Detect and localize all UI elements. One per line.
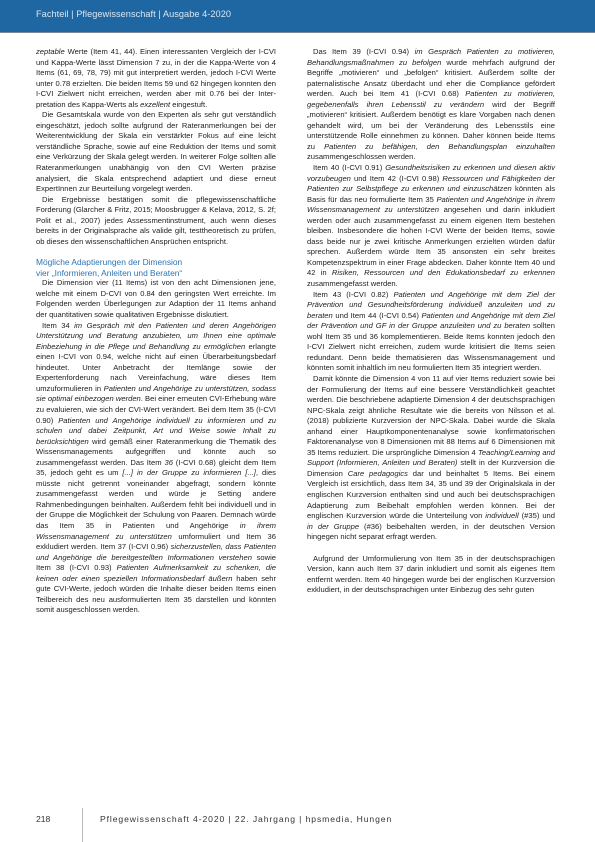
italic-term: zeptable	[36, 47, 65, 56]
paragraph: Damit könnte die Dimension 4 von 11 auf …	[307, 374, 555, 543]
left-column: zeptable Werte (Item 41, 44). Einen inte…	[36, 47, 276, 616]
paragraph: Item 34 im Gespräch mit den Patienten un…	[36, 321, 276, 616]
paragraph: Aufgrund der Umformulierung von Item 35 …	[307, 554, 555, 596]
right-column: Das Item 39 (I-CVI 0.94) im Gespräch Pat…	[307, 47, 555, 596]
running-header: Fachteil | Pflegewissenschaft | Ausgabe …	[0, 0, 595, 33]
italic-quote: in der Gruppe	[307, 522, 359, 531]
text-run: (#35) und	[519, 511, 555, 520]
italic-term: exzellent	[140, 100, 170, 109]
italic-quote: individuell	[485, 511, 518, 520]
heading-line: Mögliche Adaptierungen der Dimension	[36, 257, 182, 267]
text-run: Das Item 39 (I-CVI 0.94)	[313, 47, 415, 56]
italic-quote: Patienten zu befähigen, den Behandlungsp…	[324, 142, 555, 151]
paragraph: Item 43 (I-CVI 0.82) Patienten und Angeh…	[307, 290, 555, 374]
paragraph: Item 40 (I-CVI 0.91) Gesundheitsrisiken …	[307, 163, 555, 290]
text-run: Damit könnte die Dimension 4 von 11 auf …	[307, 374, 555, 457]
italic-quote: 36	[164, 458, 172, 467]
section-heading: Mögliche Adaptierungen der Dimensionvier…	[36, 257, 276, 278]
italic-quote: [...] in der Gruppe zu informieren [...]	[122, 468, 255, 477]
text-run: Item 43 (I-CVI 0.82)	[313, 290, 393, 299]
paragraph: zeptable Werte (Item 41, 44). Einen inte…	[36, 47, 276, 110]
running-title: Fachteil | Pflegewissenschaft | Ausgabe …	[36, 9, 231, 19]
text-run: zusammengeschlossen werden.	[307, 152, 415, 161]
paragraph: Die Dimension vier (11 Items) ist von de…	[36, 278, 276, 320]
page-footer: 218 Pflegewissenschaft 4-2020 | 22. Jahr…	[0, 808, 595, 842]
page-number: 218	[36, 814, 50, 824]
text-run: und Item 42 (I-CVI 0.98)	[351, 174, 442, 183]
italic-quote: Risiken, Ressourcen und den Edukationsbe…	[332, 268, 555, 277]
footer-divider	[82, 808, 83, 842]
paragraph: Das Item 39 (I-CVI 0.94) im Gespräch Pat…	[307, 47, 555, 163]
paragraph: Die Gesamtskala wurde von den Experten a…	[36, 110, 276, 194]
text-run: Item 40 (I-CVI 0.91)	[313, 163, 385, 172]
text-run: angesehen und darin inkludiert wer­den o…	[307, 205, 555, 277]
heading-line: vier „Informieren, Anleiten und Beraten“	[36, 268, 182, 278]
journal-line: Pflegewissenschaft 4-2020 | 22. Jahrgang…	[100, 814, 392, 824]
text-run: Item 34	[42, 321, 74, 330]
text-run: zusammengefasst werden.	[307, 279, 398, 288]
text-run: und Item 44 (I-CVI 0.54)	[333, 311, 422, 320]
italic-quote: Care pedagogics	[348, 469, 408, 478]
text-run: eingestuft.	[170, 100, 207, 109]
paragraph: Die Ergebnisse bestätigen somit die pfle…	[36, 195, 276, 248]
